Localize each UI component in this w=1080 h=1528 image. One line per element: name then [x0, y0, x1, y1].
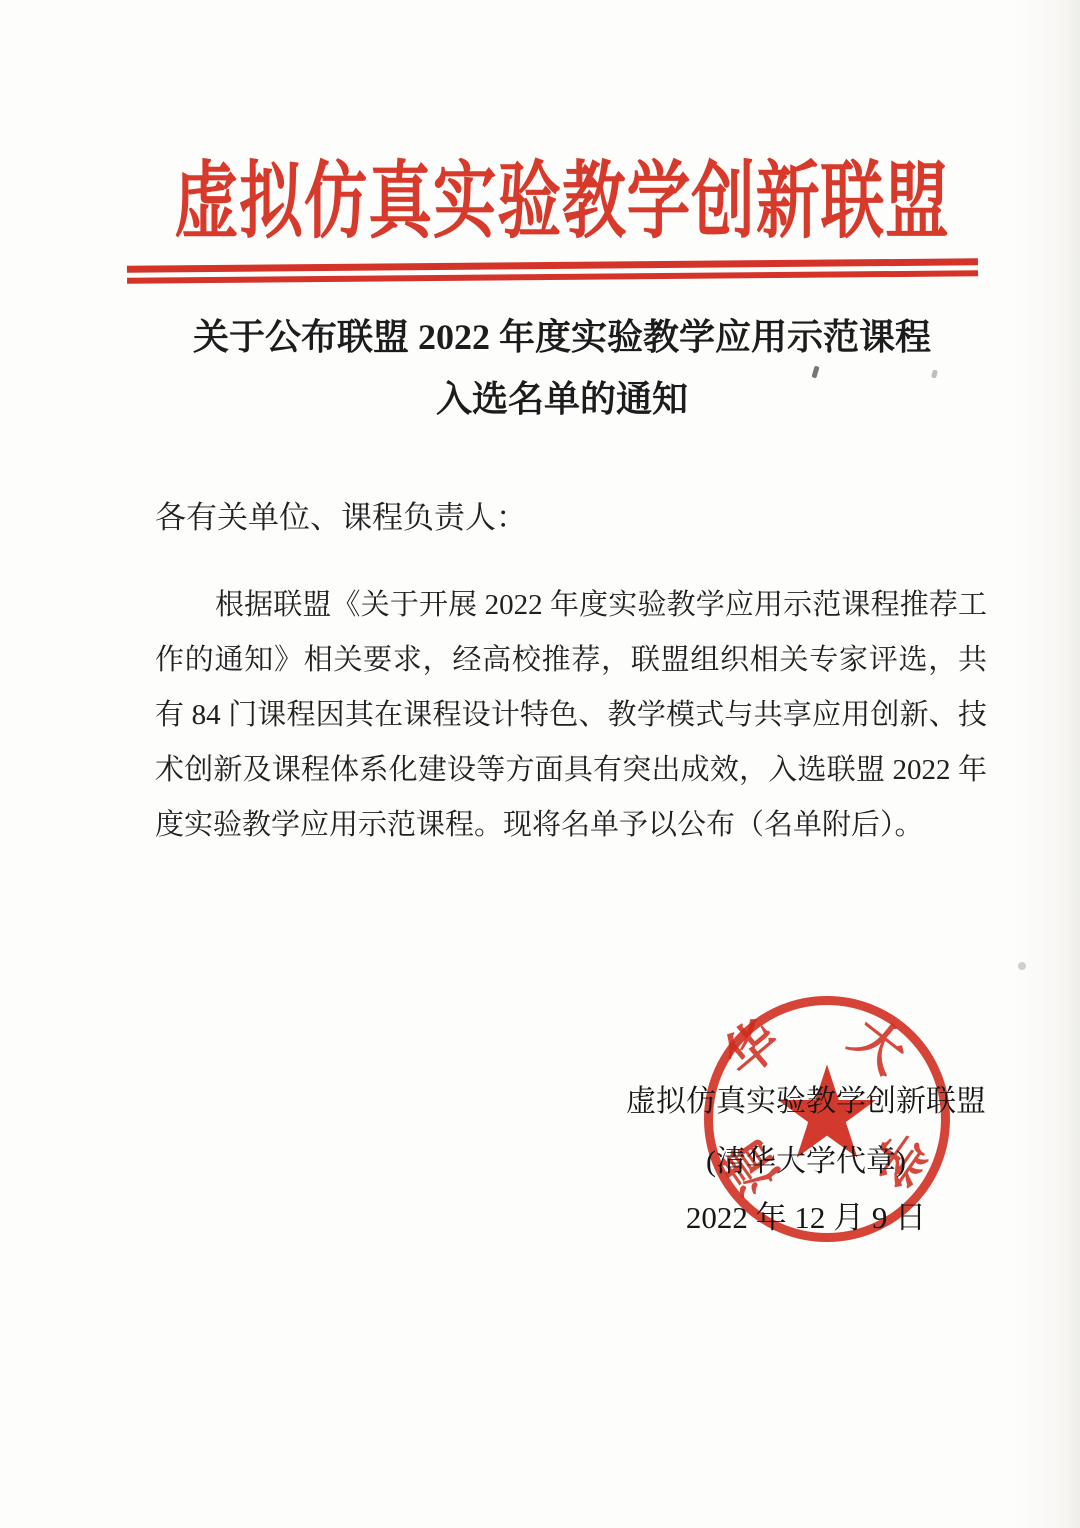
doc-title-line-2: 入选名单的通知 [44, 378, 1080, 420]
letterhead-double-rule [127, 258, 978, 283]
signature-proxy-note: (清华大学代章) [556, 1136, 1056, 1180]
body-paragraph: 根据联盟《关于开展 2022 年度实验教学应用示范课程推荐工 作的通知》相关要求… [155, 578, 987, 853]
letterhead-org-title: 虚拟仿真实验教学创新联盟 [168, 156, 955, 250]
scan-artifact-tick [811, 366, 819, 379]
paragraph-line: 根据联盟《关于开展 2022 年度实验教学应用示范课程推荐工 [155, 578, 987, 633]
paragraph-line: 术创新及课程体系化建设等方面具有突出成效，入选联盟 2022 年 [155, 743, 987, 798]
paragraph-line: 度实验教学应用示范课程。现将名单予以公布（名单附后）。 [155, 798, 987, 853]
scan-artifact-speck [1018, 962, 1026, 970]
scanned-notice-page: 虚拟仿真实验教学创新联盟 关于公布联盟 2022 年度实验教学应用示范课程 入选… [0, 0, 1080, 1528]
paragraph-line: 有 84 门课程因其在课程设计特色、教学模式与共享应用创新、技 [155, 688, 987, 743]
salutation-line: 各有关单位、课程负责人： [155, 492, 527, 537]
signature-org-name: 虚拟仿真实验教学创新联盟 [556, 1076, 1056, 1120]
paragraph-line: 作的通知》相关要求，经高校推荐，联盟组织相关专家评选，共 [155, 633, 987, 688]
signature-date: 2022 年 12 月 9 日 [556, 1192, 1056, 1237]
doc-title-line-1: 关于公布联盟 2022 年度实验教学应用示范课程 [44, 316, 1080, 358]
